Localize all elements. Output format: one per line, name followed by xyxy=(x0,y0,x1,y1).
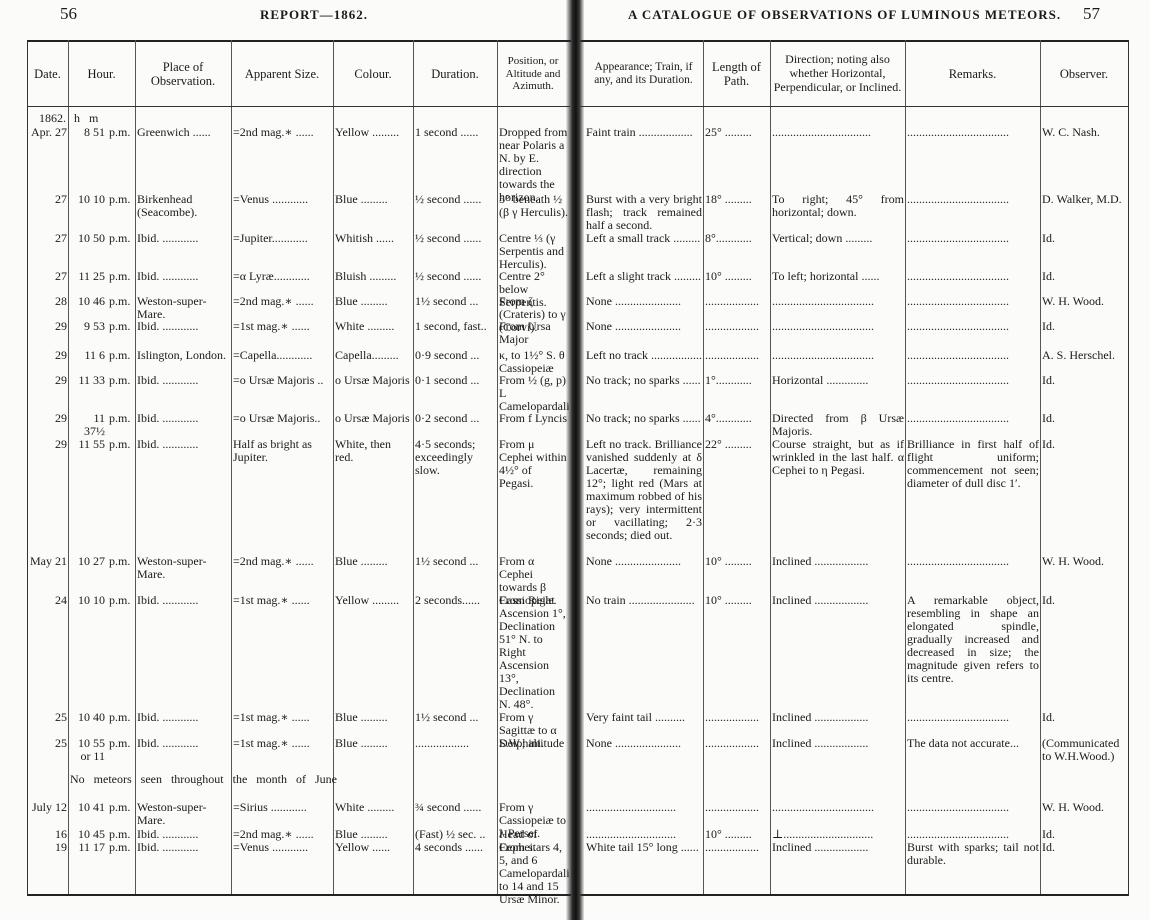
table-cell-date: May 21 xyxy=(27,555,67,568)
table-cell-date: July 12 xyxy=(27,801,67,814)
table-cell-ampm: p.m. xyxy=(109,126,135,139)
table-cell-date: 29 xyxy=(27,349,67,362)
table-cell-direction: To right; 45° from horizontal; down. xyxy=(772,193,904,219)
table-cell-colour: o Ursæ Majoris xyxy=(335,374,412,387)
column-divider xyxy=(497,40,498,894)
table-cell-direction: Directed from β Ursæ Majoris. xyxy=(772,412,904,438)
table-cell-appearance: Left no track. Brilliance vanished sudde… xyxy=(586,438,702,542)
table-cell-remarks: .................................. xyxy=(907,801,1039,814)
table-cell-duration: 0·9 second ... xyxy=(415,349,496,362)
table-cell-colour: Blue ......... xyxy=(335,555,412,568)
table-cell-size: =o Ursæ Majoris.. xyxy=(233,412,332,425)
table-cell-length: .................. xyxy=(705,320,769,333)
col-header-length: Length of Path. xyxy=(703,42,770,106)
table-cell-duration: 1½ second ... xyxy=(415,711,496,724)
table-cell-hour: 11 25 xyxy=(71,270,105,283)
table-cell-ampm: p.m. xyxy=(109,320,135,333)
table-cell-ampm: p.m. xyxy=(109,711,135,724)
table-cell-remarks: .................................. xyxy=(907,295,1039,308)
table-cell-position: From f Lyncis xyxy=(499,412,569,425)
column-divider xyxy=(333,40,334,894)
table-cell-place: Ibid. ............ xyxy=(137,320,230,333)
table-cell-ampm: p.m. xyxy=(109,737,135,750)
col-header-duration: Duration. xyxy=(413,42,497,106)
table-cell-direction: Inclined .................. xyxy=(772,737,904,750)
table-cell-colour: White ......... xyxy=(335,801,412,814)
table-cell-remarks: .................................. xyxy=(907,126,1039,139)
table-cell-place: Ibid. ............ xyxy=(137,841,230,854)
table-cell-direction: Horizontal .............. xyxy=(772,374,904,387)
table-cell-duration: 0·2 second ... xyxy=(415,412,496,425)
table-cell-hour: 10 50 xyxy=(71,232,105,245)
table-cell-remarks: .................................. xyxy=(907,374,1039,387)
table-cell-place: Ibid. ............ xyxy=(137,232,230,245)
table-cell-remarks: .................................. xyxy=(907,320,1039,333)
table-cell-duration: 1 second ...... xyxy=(415,126,496,139)
col-header-hour: Hour. xyxy=(68,42,135,106)
table-cell-ampm: p.m. xyxy=(109,270,135,283)
table-cell-place: Ibid. ............ xyxy=(137,711,230,724)
table-cell-direction: .................................. xyxy=(772,349,904,362)
table-cell-direction: Inclined .................. xyxy=(772,555,904,568)
book-gutter xyxy=(566,0,584,920)
table-cell-appearance: No track; no sparks ...... xyxy=(586,374,702,387)
table-cell-remarks: .................................. xyxy=(907,349,1039,362)
table-cell-colour: Bluish ......... xyxy=(335,270,412,283)
table-cell-length: 10° ......... xyxy=(705,270,769,283)
table-cell-direction: Vertical; down ......... xyxy=(772,232,904,245)
table-cell-hour: 10 41 xyxy=(71,801,105,814)
table-cell-size: =Capella............ xyxy=(233,349,332,362)
table-cell-ampm: p.m. xyxy=(109,412,135,425)
table-cell-place: Ibid. ............ xyxy=(137,412,230,425)
table-cell-duration: ¾ second ...... xyxy=(415,801,496,814)
table-cell-appearance: Left no track ................. xyxy=(586,349,702,362)
table-cell-length: 22° ......... xyxy=(705,438,769,451)
table-cell-colour: Yellow ...... xyxy=(335,841,412,854)
table-cell-remarks: .................................. xyxy=(907,270,1039,283)
page-number-left: 56 xyxy=(60,4,77,24)
table-cell-place: Birkenhead (Seacombe). xyxy=(137,193,230,219)
table-cell-observer: Id. xyxy=(1042,374,1128,387)
table-cell-duration: ½ second ...... xyxy=(415,193,496,206)
col-header-observer: Observer. xyxy=(1040,42,1128,106)
table-cell-observer: W. C. Nash. xyxy=(1042,126,1128,139)
table-cell-length: .................. xyxy=(705,841,769,854)
table-cell-appearance: None ...................... xyxy=(586,555,702,568)
table-cell-direction: Course straight, but as if wrinkled in t… xyxy=(772,438,904,477)
table-cell-direction: .................................. xyxy=(772,295,904,308)
table-cell-appearance: Faint train .................. xyxy=(586,126,702,139)
table-cell-size: =Jupiter............ xyxy=(233,232,332,245)
table-cell-remarks: A remarkable object, resembling in shape… xyxy=(907,594,1039,685)
table-cell-ampm: p.m. xyxy=(109,594,135,607)
table-cell-size: =α Lyræ............ xyxy=(233,270,332,283)
table-cell-length: 1°............ xyxy=(705,374,769,387)
table-cell-place: Ibid. ............ xyxy=(137,438,230,451)
table-cell-hour: 10 40 xyxy=(71,711,105,724)
table-cell-hour: 10 27 xyxy=(71,555,105,568)
table-cell-date: 28 xyxy=(27,295,67,308)
table-cell-position: From ½ (g, p) L Camelopardali. xyxy=(499,374,569,413)
table-cell-remarks: Brilliance in first half of flight unifo… xyxy=(907,438,1039,490)
table-cell-size: =2nd mag.∗ ...... xyxy=(233,555,332,568)
table-cell-ampm: p.m. xyxy=(109,193,135,206)
table-cell-length: 18° ......... xyxy=(705,193,769,206)
table-cell-length: .................. xyxy=(705,349,769,362)
table-cell-hour: 11 6 xyxy=(71,349,105,362)
col-header-remarks: Remarks. xyxy=(905,42,1040,106)
table-cell-position: From Ursa Major xyxy=(499,320,569,346)
table-cell-length: .................. xyxy=(705,711,769,724)
table-cell-duration: 2 seconds...... xyxy=(415,594,496,607)
table-cell-ampm: p.m. xyxy=(109,801,135,814)
table-cell-appearance: Very faint tail .......... xyxy=(586,711,702,724)
table-cell-size: =2nd mag.∗ ...... xyxy=(233,126,332,139)
table-cell-direction: To left; horizontal ...... xyxy=(772,270,904,283)
table-cell-length: 4°............ xyxy=(705,412,769,425)
running-head-left: REPORT—1862. xyxy=(260,7,368,23)
table-cell-place: Weston-super-Mare. xyxy=(137,801,230,827)
table-cell-direction: .................................. xyxy=(772,320,904,333)
col-header-date: Date. xyxy=(27,42,68,106)
table-cell-position: S.W.; altitude xyxy=(499,737,569,750)
table-cell-hour: 10 46 xyxy=(71,295,105,308)
table-cell-date: 25 xyxy=(27,737,67,750)
table-cell-colour: Yellow ......... xyxy=(335,594,412,607)
table-cell-place: Ibid. ............ xyxy=(137,594,230,607)
table-cell-length: .................. xyxy=(705,801,769,814)
table-cell-date: 27 xyxy=(27,193,67,206)
table-cell-observer: D. Walker, M.D. xyxy=(1042,193,1128,206)
table-cell-remarks: .................................. xyxy=(907,555,1039,568)
column-divider xyxy=(413,40,414,894)
table-cell-observer: A. S. Herschel. xyxy=(1042,349,1128,362)
table-cell-length: .................. xyxy=(705,295,769,308)
table-cell-length: .................. xyxy=(705,737,769,750)
table-cell-colour: Blue ......... xyxy=(335,711,412,724)
table-cell-place: Greenwich ...... xyxy=(137,126,230,139)
table-cell-place: Weston-super-Mare. xyxy=(137,555,230,581)
column-divider xyxy=(905,40,906,894)
table-cell-appearance: No track; no sparks ...... xyxy=(586,412,702,425)
table-cell-colour: Blue ......... xyxy=(335,193,412,206)
table-cell-ampm: p.m. xyxy=(109,555,135,568)
table-cell-remarks: .................................. xyxy=(907,232,1039,245)
table-cell-appearance: .............................. xyxy=(586,801,702,814)
table-cell-size: =Venus ............ xyxy=(233,193,332,206)
no-meteors-note: No meteors seen throughout the month of … xyxy=(70,773,550,786)
running-head-right: A CATALOGUE OF OBSERVATIONS OF LUMINOUS … xyxy=(628,7,1061,23)
table-cell-hour: 9 53 xyxy=(71,320,105,333)
table-cell-size: =1st mag.∗ ...... xyxy=(233,594,332,607)
table-cell-colour: Blue ......... xyxy=(335,295,412,308)
table-cell-date: 29 xyxy=(27,412,67,425)
table-cell-length: 10° ......... xyxy=(705,555,769,568)
table-cell-duration: ½ second ...... xyxy=(415,232,496,245)
table-cell-size: =Sirius ............ xyxy=(233,801,332,814)
table-cell-remarks: .................................. xyxy=(907,711,1039,724)
table-cell-appearance: None ...................... xyxy=(586,295,702,308)
table-cell-duration: 0·1 second ... xyxy=(415,374,496,387)
table-cell-observer: Id. xyxy=(1042,841,1128,854)
table-cell-direction: ................................. xyxy=(772,126,904,139)
table-cell-remarks: Burst with sparks; tail not durable. xyxy=(907,841,1039,867)
col-header-direction: Direction; noting also whether Horizonta… xyxy=(770,42,905,106)
table-cell-appearance: No train ...................... xyxy=(586,594,702,607)
column-divider xyxy=(135,40,136,894)
header-rule-right xyxy=(580,106,1128,107)
table-cell-duration: 4 seconds ...... xyxy=(415,841,496,854)
table-cell-size: =Venus ............ xyxy=(233,841,332,854)
table-cell-hour: 10 10 xyxy=(71,594,105,607)
page-number-right: 57 xyxy=(1083,4,1100,24)
table-cell-observer: W. H. Wood. xyxy=(1042,295,1128,308)
table-cell-place: Ibid. ............ xyxy=(137,270,230,283)
table-cell-date: 29 xyxy=(27,320,67,333)
table-cell-duration: .................. xyxy=(415,737,496,750)
table-cell-colour: White ......... xyxy=(335,320,412,333)
table-cell-date: 29 xyxy=(27,438,67,451)
table-cell-duration: 1½ second ... xyxy=(415,295,496,308)
table-cell-colour: Capella......... xyxy=(335,349,412,362)
table-cell-colour: Whitish ...... xyxy=(335,232,412,245)
table-cell-size: Half as bright as Jupiter. xyxy=(233,438,332,464)
table-cell-date: 29 xyxy=(27,374,67,387)
table-cell-hour: 8 51 xyxy=(71,126,105,139)
table-cell-size: =o Ursæ Majoris .. xyxy=(233,374,332,387)
table-cell-position: From Right Ascension 1°, Declination 51°… xyxy=(499,594,569,711)
table-cell-appearance: White tail 15° long ...... xyxy=(586,841,702,854)
table-cell-hour: 10 10 xyxy=(71,193,105,206)
table-cell-size: =1st mag.∗ ...... xyxy=(233,711,332,724)
table-cell-ampm: p.m. xyxy=(109,232,135,245)
table-cell-position: From μ Cephei within 4½° of Pegasi. xyxy=(499,438,569,490)
table-cell-observer: W. H. Wood. xyxy=(1042,555,1128,568)
table-cell-observer: Id. xyxy=(1042,438,1128,451)
table-cell-date: 24 xyxy=(27,594,67,607)
table-cell-length: 10° ......... xyxy=(705,594,769,607)
table-cell-size: =1st mag.∗ ...... xyxy=(233,737,332,750)
table-cell-date: 19 xyxy=(27,841,67,854)
table-cell-position: Centre ⅓ (γ Serpentis and Herculis). xyxy=(499,232,569,271)
table-cell-date: 25 xyxy=(27,711,67,724)
table-cell-ampm: p.m. xyxy=(109,349,135,362)
table-cell-observer: Id. xyxy=(1042,320,1128,333)
table-cell-place: Weston-super-Mare. xyxy=(137,295,230,321)
col-header-colour: Colour. xyxy=(333,42,413,106)
year-label: 1862. xyxy=(27,112,66,125)
table-cell-length: 25° ......... xyxy=(705,126,769,139)
table-cell-ampm: p.m. xyxy=(109,295,135,308)
column-divider xyxy=(231,40,232,894)
table-cell-appearance: Left a small track ......... xyxy=(586,232,702,245)
table-cell-position: From stars 4, 5, and 6 Camelopardali to … xyxy=(499,841,569,906)
column-divider xyxy=(770,40,771,894)
table-cell-duration: ½ second ...... xyxy=(415,270,496,283)
table-cell-ampm: p.m. xyxy=(109,374,135,387)
header-rule-left xyxy=(27,106,570,107)
table-cell-hour: 11 55 xyxy=(71,438,105,451)
table-cell-duration: 4·5 seconds; exceedingly slow. xyxy=(415,438,496,477)
table-cell-date: 27 xyxy=(27,232,67,245)
table-cell-observer: Id. xyxy=(1042,232,1128,245)
table-cell-observer: Id. xyxy=(1042,270,1128,283)
col-header-appearance: Appearance; Train, if any, and its Durat… xyxy=(584,42,703,106)
table-cell-colour: Blue ......... xyxy=(335,737,412,750)
table-cell-direction: .................................. xyxy=(772,801,904,814)
table-cell-ampm: p.m. xyxy=(109,841,135,854)
table-cell-remarks: .................................. xyxy=(907,412,1039,425)
table-cell-observer: W. H. Wood. xyxy=(1042,801,1128,814)
table-cell-length: 8°............ xyxy=(705,232,769,245)
table-cell-remarks: The data not accurate... xyxy=(907,737,1039,750)
column-divider xyxy=(68,40,69,894)
col-header-place: Place of Observation. xyxy=(135,42,231,106)
col-header-position: Position, or Altitude and Azimuth. xyxy=(497,42,569,106)
table-cell-date: 27 xyxy=(27,270,67,283)
table-cell-appearance: None ...................... xyxy=(586,737,702,750)
table-cell-duration: 1 second, fast.. xyxy=(415,320,496,333)
table-cell-hour: 11 37½ xyxy=(71,412,105,438)
table-cell-colour: o Ursæ Majoris xyxy=(335,412,412,425)
table-cell-ampm: p.m. xyxy=(109,438,135,451)
table-cell-duration: 1½ second ... xyxy=(415,555,496,568)
hour-units: h m xyxy=(74,112,134,125)
table-cell-appearance: None ...................... xyxy=(586,320,702,333)
table-cell-date: Apr. 27 xyxy=(27,126,67,139)
table-cell-observer: Id. xyxy=(1042,711,1128,724)
table-cell-hour: 11 33 xyxy=(71,374,105,387)
table-cell-observer: (Communicated to W.H.Wood.) xyxy=(1042,737,1128,763)
table-cell-hour: 10 55 or 11 xyxy=(71,737,105,763)
col-header-size: Apparent Size. xyxy=(231,42,333,106)
table-cell-position: κ, to 1½° S. θ Cassiopeiæ xyxy=(499,349,569,375)
table-cell-colour: Yellow ......... xyxy=(335,126,412,139)
table-cell-position: 5° beneath ½ (β γ Herculis). xyxy=(499,193,569,219)
table-cell-observer: Id. xyxy=(1042,594,1128,607)
table-cell-direction: Inclined .................. xyxy=(772,594,904,607)
table-cell-appearance: Left a slight track ......... xyxy=(586,270,702,283)
table-cell-remarks: .................................. xyxy=(907,193,1039,206)
table-cell-size: =1st mag.∗ ...... xyxy=(233,320,332,333)
table-cell-hour: 11 17 xyxy=(71,841,105,854)
table-cell-place: Ibid. ............ xyxy=(137,374,230,387)
table-cell-observer: Id. xyxy=(1042,412,1128,425)
table-cell-colour: White, then red. xyxy=(335,438,412,464)
table-cell-appearance: Burst with a very bright flash; track re… xyxy=(586,193,702,232)
table-cell-direction: Inclined .................. xyxy=(772,841,904,854)
table-cell-place: Ibid. ............ xyxy=(137,737,230,750)
table-cell-direction: Inclined .................. xyxy=(772,711,904,724)
table-cell-size: =2nd mag.∗ ...... xyxy=(233,295,332,308)
table-cell-place: Islington, London. xyxy=(137,349,230,362)
